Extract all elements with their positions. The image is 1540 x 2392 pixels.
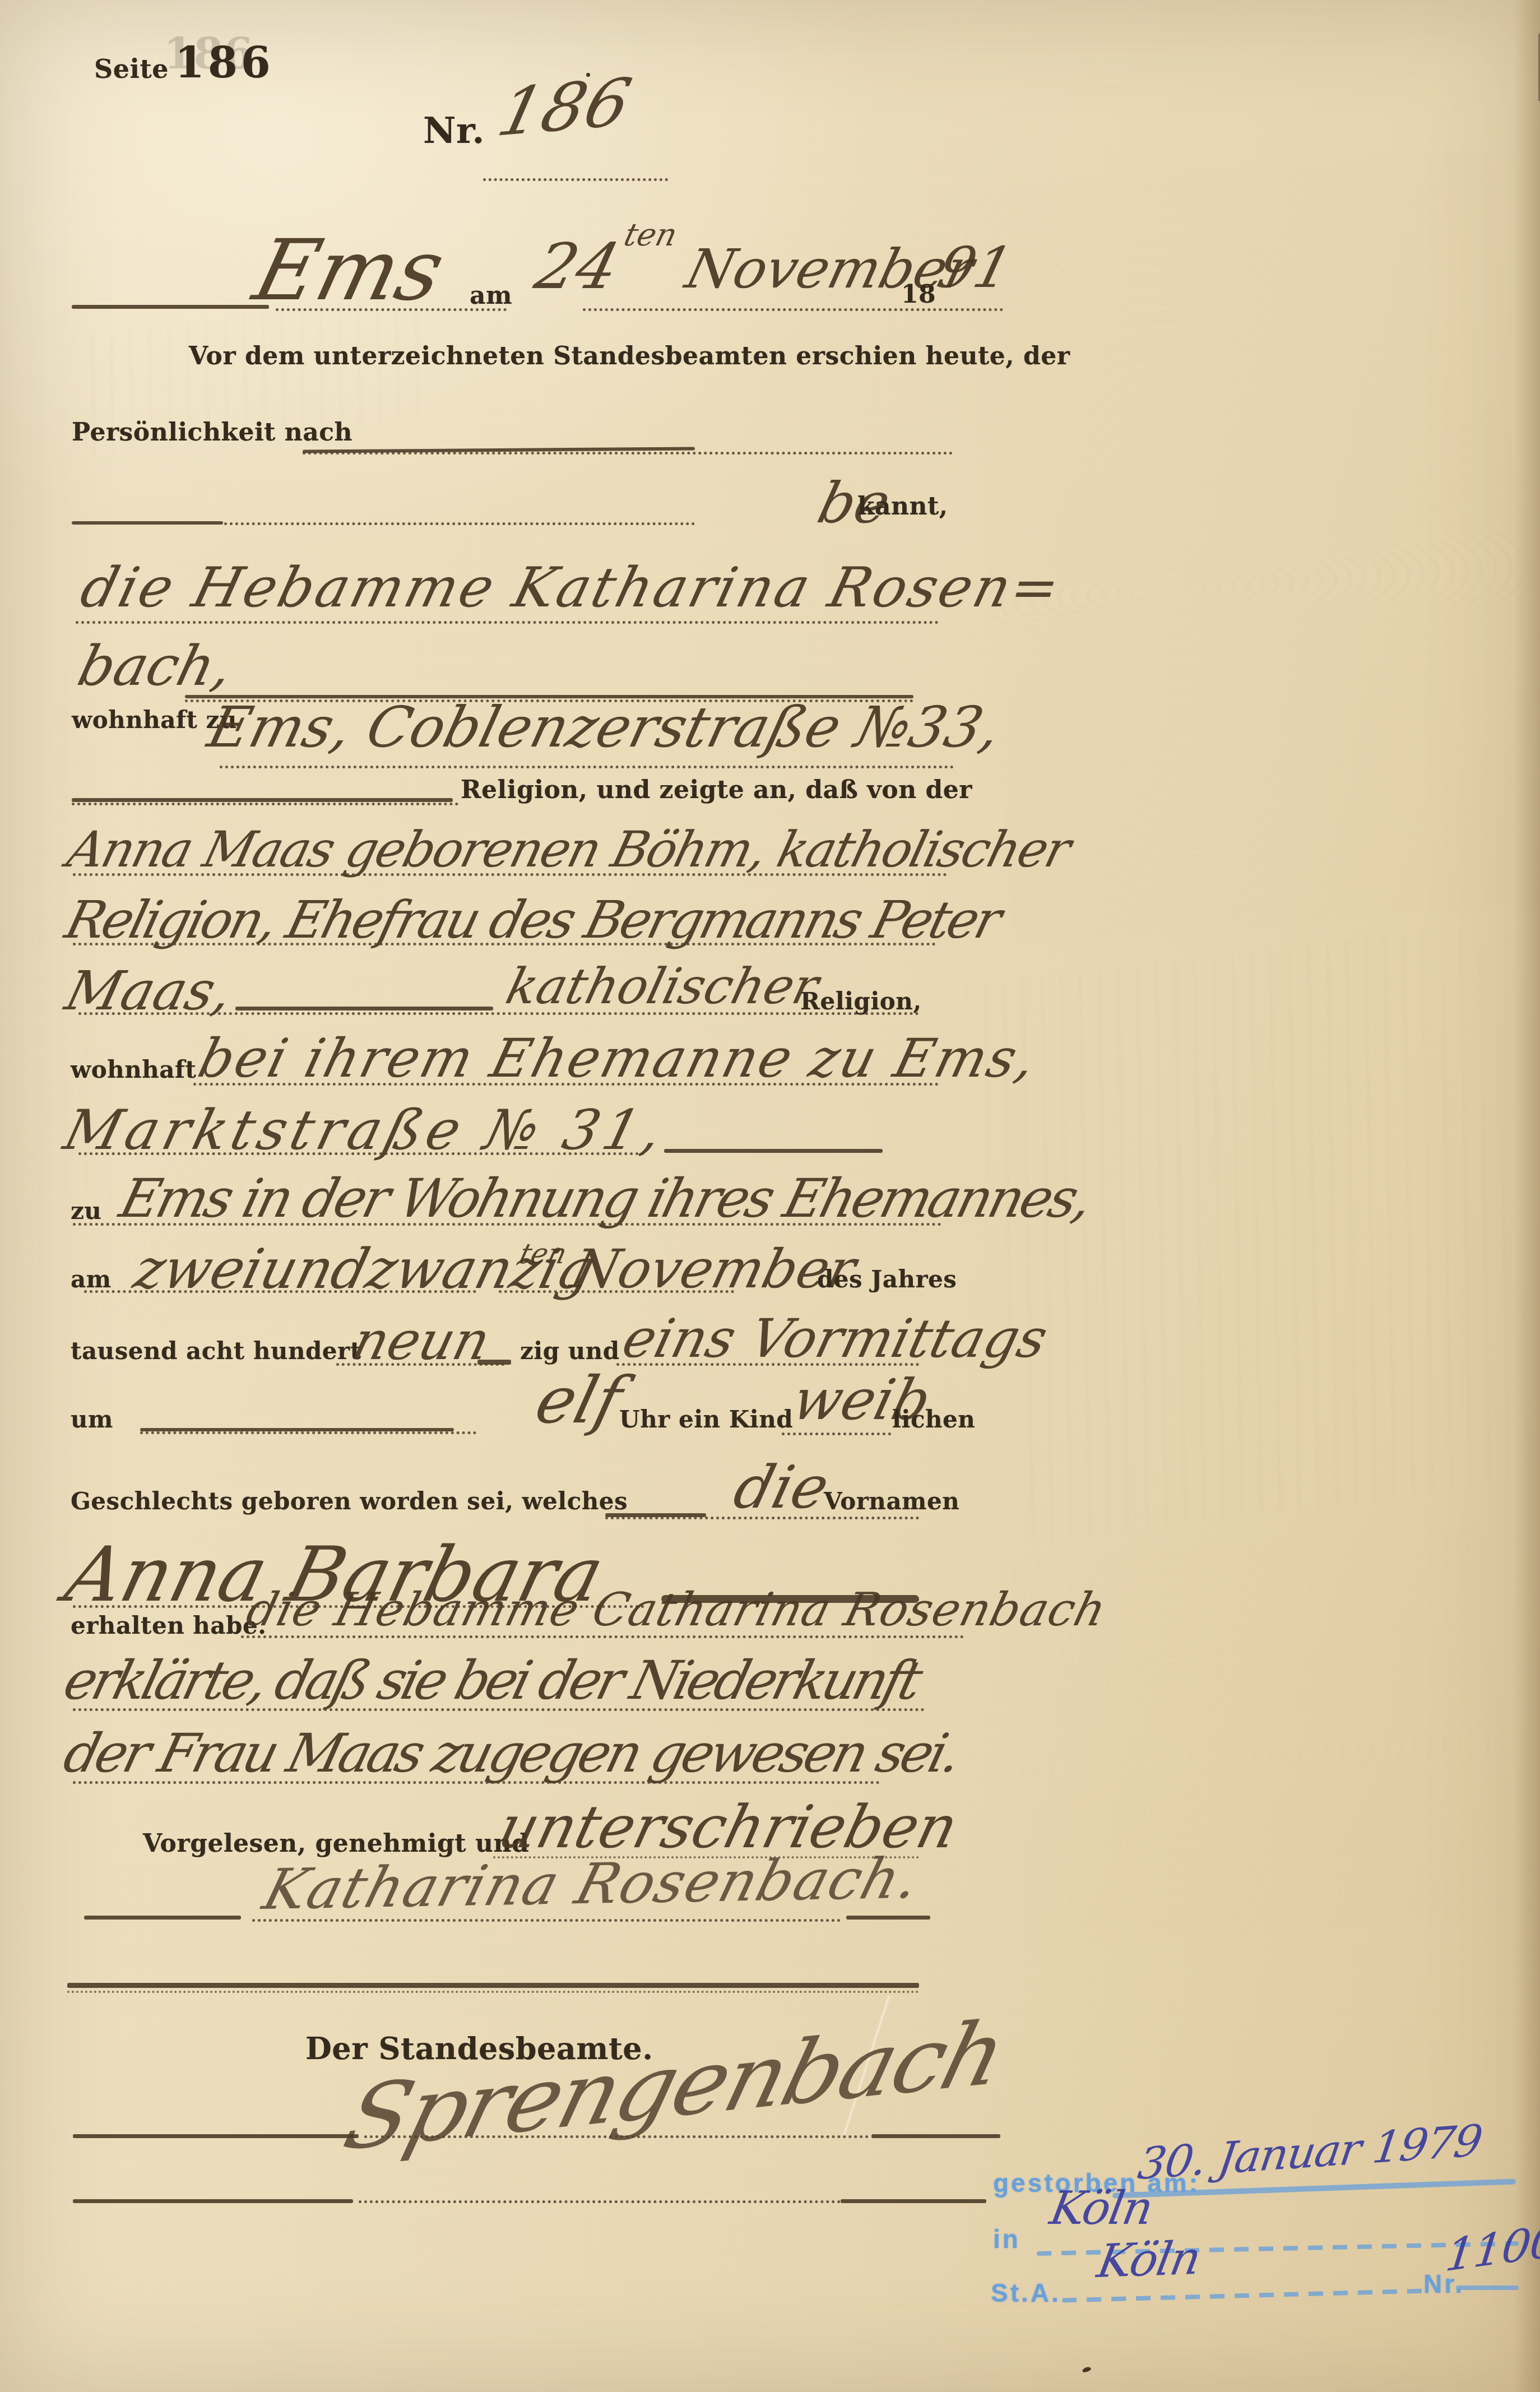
birth-place-entry: Ems in der Wohnung ihres Ehemannes, xyxy=(115,1172,1095,1226)
hour-entry: elf xyxy=(530,1369,628,1433)
stamp-in-label: in xyxy=(993,2226,1021,2252)
declarant-entry-line1: die Hebamme Katharina Rosen= xyxy=(76,560,1067,615)
wohnhaft-label: wohnhaft xyxy=(71,1058,196,1082)
stamp-nr-value: 1100 xyxy=(1443,2219,1540,2278)
page-edge-shadow xyxy=(1514,0,1540,2392)
mother-entry-line2: Religion, Ehefrau des Bergmanns Peter xyxy=(61,894,1004,946)
am-label: am xyxy=(71,1268,112,1291)
mother-residence-entry: bei ihrem Ehemanne zu Ems, xyxy=(193,1032,1042,1086)
stamp-line xyxy=(1062,2288,1426,2302)
dotted-line xyxy=(241,1635,964,1638)
dotted-line xyxy=(84,1290,476,1293)
stamp-in-value: Köln xyxy=(1047,2186,1156,2232)
dotted-line xyxy=(364,2135,869,2138)
dotted-line xyxy=(583,308,1003,311)
closing-entry-line2: erklärte, daß sie bei der Niederkunft xyxy=(59,1654,924,1708)
dotted-line xyxy=(78,1152,644,1155)
mother-surname-entry: Maas, xyxy=(61,964,238,1018)
des-jahres-label: des Jahres xyxy=(817,1268,957,1291)
dotted-line xyxy=(782,1433,891,1435)
dotted-line xyxy=(73,1223,941,1226)
dotted-line xyxy=(76,621,939,624)
blank-line xyxy=(235,1007,493,1010)
time-of-day: Vormittags xyxy=(744,1308,1054,1370)
article-entry: die xyxy=(729,1458,834,1517)
signature-line xyxy=(846,1916,930,1920)
dotted-line xyxy=(73,1781,880,1784)
dotted-line xyxy=(252,1919,841,1922)
signature-line xyxy=(84,1916,241,1920)
birth-day-suffix-entry: ten xyxy=(517,1240,569,1268)
year-ones-time-entry: eins Vormittags xyxy=(618,1313,1052,1366)
geschlechts-line: Geschlechts geboren worden sei, welches xyxy=(71,1490,628,1513)
dotted-line xyxy=(483,178,668,181)
persoenlichkeit-label: Persönlichkeit nach xyxy=(72,420,352,445)
record-number-label: Nr. xyxy=(423,113,485,149)
dotted-line xyxy=(303,452,953,455)
dotted-line xyxy=(193,1083,939,1086)
dotted-line xyxy=(220,766,954,768)
stamp-sta-value: Köln xyxy=(1094,2236,1203,2285)
dotted-line xyxy=(224,522,695,525)
dotted-line xyxy=(73,873,947,876)
place-entry: Ems xyxy=(247,229,452,313)
signature-line xyxy=(73,2199,353,2203)
year-printed-mid: zig und xyxy=(520,1339,620,1363)
known-printed: kannt, xyxy=(857,494,948,519)
section-rule xyxy=(67,1983,919,1988)
day-suffix-entry: ten xyxy=(621,220,680,251)
intro-line: Vor dem unterzeichneten Standesbeamten e… xyxy=(189,344,1070,369)
dotted-line xyxy=(140,1431,476,1434)
blank-line xyxy=(72,305,269,309)
dotted-line xyxy=(78,1012,919,1015)
section-rule-dotted xyxy=(67,1991,919,1993)
religion-zeigte-an-label: Religion, und zeigte an, daß von der xyxy=(461,778,972,803)
day-entry: 24 xyxy=(530,235,625,298)
dotted-line xyxy=(499,1290,734,1293)
stamp-sta-label: St.A. xyxy=(991,2280,1061,2306)
birth-register-page: Seite 186 186 Nr. 186 Ems am 24 ten Nove… xyxy=(0,0,1540,2392)
year-ones: eins xyxy=(616,1308,742,1370)
signature-line xyxy=(841,2199,986,2203)
closing-entry-line3: der Frau Maas zugegen gewesen sei. xyxy=(59,1727,963,1781)
dotted-line xyxy=(605,1517,919,1519)
lichen-label: lichen xyxy=(892,1408,975,1431)
declarant-address-entry: Ems, Coblenzerstraße №33, xyxy=(203,699,1006,755)
blank-line xyxy=(72,521,223,525)
religion-label: Religion, xyxy=(800,990,922,1013)
year-tens-entry: neun xyxy=(347,1315,495,1368)
vorgelesen-label: Vorgelesen, genehmigt und xyxy=(143,1832,529,1856)
dotted-line xyxy=(73,943,936,945)
page-number: 186 xyxy=(175,41,274,84)
blank-line xyxy=(664,1149,883,1153)
signature-line xyxy=(73,2134,359,2138)
stamp-died-value: 30. Januar 1979 xyxy=(1135,2119,1485,2186)
closing-entry-line1: die Hebamme Catharina Rosenbach xyxy=(242,1587,1111,1633)
witness-signature: Katharina Rosenbach. xyxy=(258,1851,926,1918)
mother-entry-line1: Anna Maas geborenen Böhm, katholischer xyxy=(63,825,1074,874)
mother-street-entry: Marktstraße № 31, xyxy=(59,1103,672,1158)
dotted-line xyxy=(336,1363,504,1366)
dotted-line xyxy=(72,803,458,805)
dotted-line xyxy=(73,1708,925,1711)
am-label: am xyxy=(470,284,512,308)
um-label: um xyxy=(71,1408,113,1431)
year-entry: 91 xyxy=(933,240,1018,296)
erhalten-label: erhalten habe. xyxy=(71,1614,266,1638)
signature-line xyxy=(871,2134,1000,2138)
declarant-entry-line2: bach, xyxy=(73,639,238,694)
blank-line xyxy=(72,798,453,802)
century-printed: 18 xyxy=(901,282,936,307)
stamp-line xyxy=(1456,2286,1519,2290)
year-printed-prefix: tausend acht hundert xyxy=(71,1339,361,1363)
zu-label: zu xyxy=(71,1199,101,1223)
dotted-line xyxy=(616,1363,919,1366)
dotted-line xyxy=(359,2200,841,2203)
page-number-label: Seite xyxy=(94,56,169,82)
bleedthrough-ink xyxy=(965,924,1540,1543)
uhr-kind-label: Uhr ein Kind xyxy=(619,1408,793,1431)
paper-speck xyxy=(1082,2366,1092,2374)
vornamen-label: Vornamen xyxy=(824,1490,959,1513)
record-number-value: 186 xyxy=(492,69,637,146)
mother-religion-entry: katholischer xyxy=(502,962,823,1011)
